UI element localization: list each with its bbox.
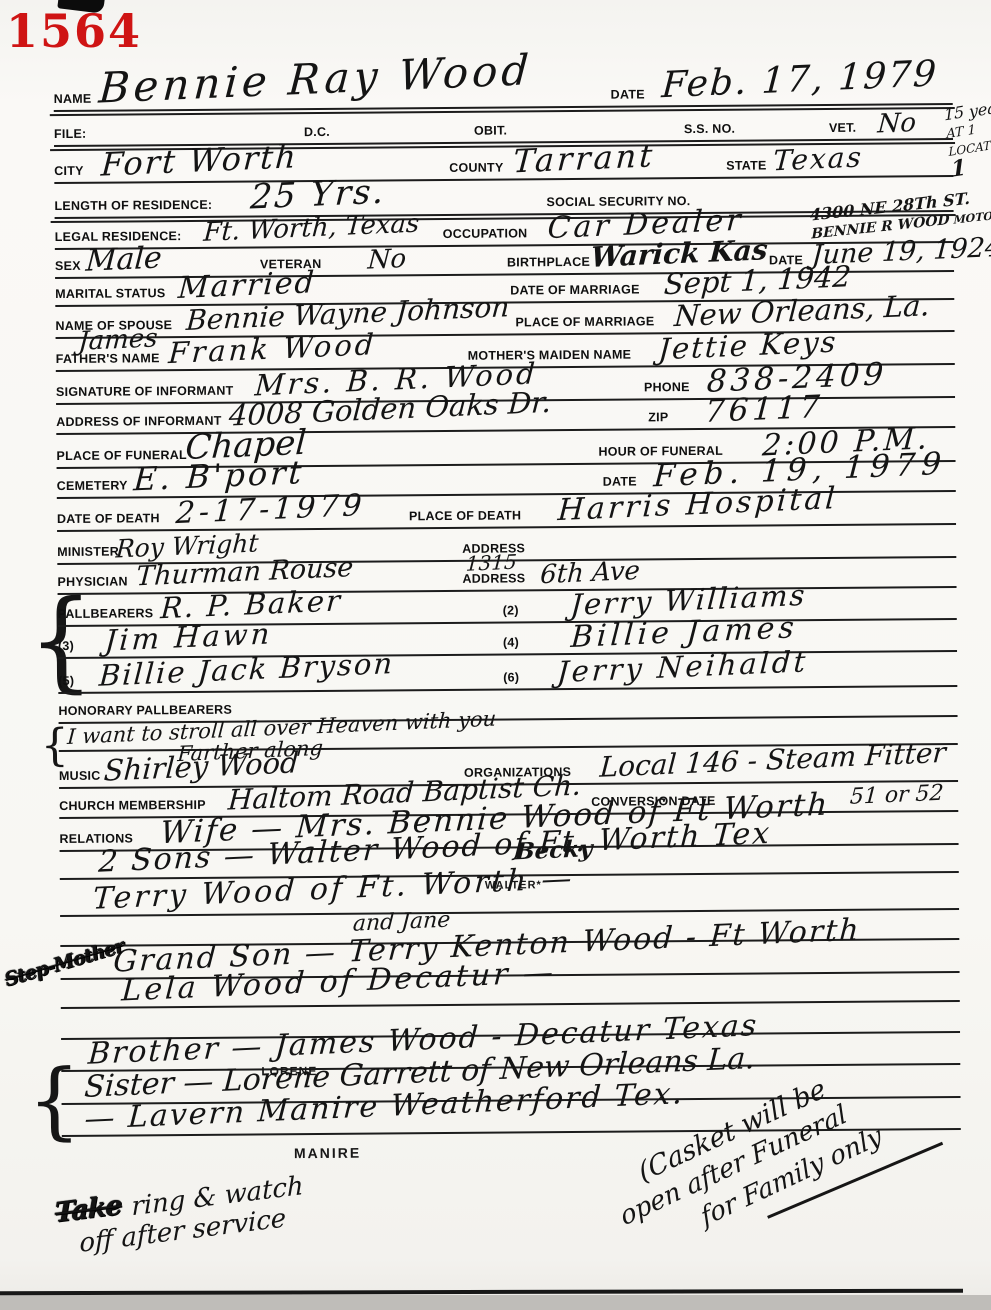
zip-label: ZIP	[648, 411, 668, 425]
row-name: NAME Bennie Ray Wood DATE Feb. 17, 1979	[53, 47, 952, 112]
minister-value: Roy Wright	[115, 532, 259, 559]
state-value: Texas	[772, 146, 863, 174]
pallbearer-5-num: (5)	[58, 675, 74, 689]
physician-address-label: ADDRESS	[462, 573, 525, 587]
right-margin-line1: 15	[944, 105, 965, 122]
right-margin-note: 15 year AT 1 LOCATION 1	[943, 99, 991, 182]
manire-annotation: MANIRE	[294, 1146, 361, 1161]
dc-label: D.C.	[304, 126, 330, 140]
date-value: Feb. 17, 1979	[661, 60, 939, 103]
pallbearer-4: Billie James	[570, 615, 799, 650]
vet-label: VET.	[829, 122, 857, 136]
minister-label: MINISTER	[57, 546, 119, 560]
dealer-note-line3: MOTOR CO.	[954, 208, 991, 225]
obit-label: OBIT.	[474, 125, 507, 139]
veteran-value: No	[367, 248, 407, 272]
phone-label: PHONE	[644, 381, 690, 395]
right-margin-line5: 1	[951, 158, 967, 179]
county-value: Tarrant	[512, 142, 656, 175]
conversion-date-value: 51 or 52	[849, 785, 944, 808]
vet-value: No	[877, 112, 917, 136]
place-of-marriage-label: PLACE OF MARRIAGE	[515, 316, 654, 331]
right-margin-line2: year	[968, 100, 991, 119]
place-of-death-value: Harris Hospital	[557, 486, 839, 524]
pallbearer-6: Jerry Neihaldt	[556, 650, 809, 685]
place-of-marriage-value: New Orleans, La.	[673, 294, 930, 330]
date-of-death-value: 2-17-1979	[175, 492, 366, 526]
city-label: CITY	[54, 165, 84, 179]
sex-label: SEX	[55, 260, 81, 274]
pallbearer-3: Jim Hawn	[104, 622, 273, 654]
name-of-spouse-value: Bennie Wayne Johnson	[186, 295, 511, 333]
address-of-informant-value: 4008 Golden Oaks Dr.	[228, 390, 552, 429]
cemetery-value: E. B'port	[133, 459, 305, 494]
physician-address-annotation: 1315	[465, 554, 517, 573]
name-value: Bennie Ray Wood	[98, 52, 534, 106]
city-value: Fort Worth	[100, 143, 298, 179]
ring-watch-word-take: Take	[55, 1195, 122, 1226]
fathers-name-value: Frank Wood	[168, 333, 377, 367]
marital-status-value: Married	[177, 270, 316, 301]
mothers-maiden-name-value: Jettie Keys	[658, 330, 838, 362]
fathers-name-label: FATHER'S NAME	[56, 352, 160, 367]
marital-status-label: MARITAL STATUS	[55, 287, 165, 302]
zip-value: 76117	[704, 393, 824, 425]
scanned-funeral-record: 1564 NAME Bennie Ray Wood DATE Feb. 17, …	[0, 0, 991, 1310]
pallbearer-4-num: (4)	[503, 637, 519, 651]
date-label: DATE	[611, 89, 645, 103]
ssno-label: S.S. NO.	[684, 123, 735, 137]
sex-value: Male	[85, 245, 162, 274]
date-of-marriage-label: DATE OF MARRIAGE	[510, 284, 640, 299]
state-label: STATE	[726, 160, 766, 174]
birthplace-label: BIRTHPLACE	[507, 256, 590, 270]
right-margin-line3: AT 1	[946, 124, 976, 140]
physician-address-value: 6th Ave	[540, 560, 641, 586]
file-label: FILE:	[54, 128, 87, 142]
church-membership-label: CHURCH MEMBERSHIP	[59, 799, 206, 814]
length-of-residence-value: 25 Yrs.	[250, 178, 387, 213]
occupation-label: OCCUPATION	[443, 228, 528, 242]
pallbearers-label: PALLBEARERS	[58, 608, 154, 623]
organizations-value: Local 146 - Steam Fitter	[599, 741, 947, 780]
legal-residence-value: Ft. Worth, Texas	[203, 212, 420, 243]
funeral-date-label: DATE	[603, 476, 637, 490]
place-of-death-label: PLACE OF DEATH	[409, 510, 521, 525]
pallbearer-6-num: (6)	[503, 672, 519, 686]
cemetery-label: CEMETERY	[57, 480, 128, 494]
pallbearer-5: Billie Jack Bryson	[98, 651, 395, 688]
music-label: MUSIC	[59, 770, 101, 784]
length-of-residence-label: LENGTH OF RESIDENCE:	[54, 199, 212, 214]
fathers-name-annotation: James	[78, 327, 159, 353]
date-of-death-label: DATE OF DEATH	[57, 512, 160, 527]
honorary-pallbearers-label: HONORARY PALLBEARERS	[58, 704, 232, 719]
name-label: NAME	[54, 93, 92, 107]
county-label: COUNTY	[449, 162, 503, 176]
pallbearer-2-num: (2)	[503, 605, 519, 619]
scan-bottom-edge	[0, 1295, 991, 1310]
pallbearer-3-num: (3)	[58, 640, 74, 654]
music-value: Shirley Wood	[103, 751, 299, 784]
signature-of-informant-label: SIGNATURE OF INFORMANT	[56, 385, 234, 400]
